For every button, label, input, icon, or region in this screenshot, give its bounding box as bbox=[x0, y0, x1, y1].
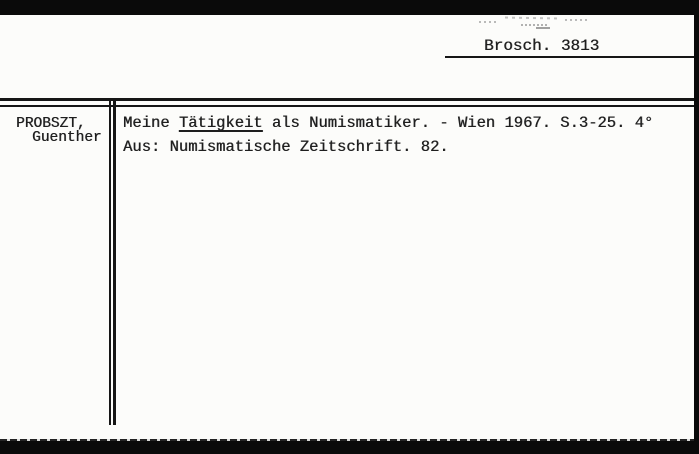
pencil-smudge bbox=[479, 21, 497, 23]
author-forename: Guenther bbox=[32, 131, 102, 146]
card-bottom-edge bbox=[0, 439, 694, 441]
pencil-smudge bbox=[536, 27, 550, 29]
pencil-smudge bbox=[521, 24, 547, 26]
title-prefix: Meine bbox=[123, 114, 179, 132]
shelfmark-label: Brosch. 3813 bbox=[484, 38, 599, 54]
pencil-smudge bbox=[565, 19, 587, 21]
header-rule-top bbox=[0, 98, 694, 101]
shelfmark-underline bbox=[445, 56, 694, 58]
column-divider-left bbox=[109, 100, 111, 425]
document-scan: Brosch. 3813 PROBSZT, Guenther Meine Tät… bbox=[0, 0, 699, 454]
title-line: Meine Tätigkeit als Numismatiker. - Wien… bbox=[123, 116, 653, 132]
title-suffix: als Numismatiker. - Wien 1967. S.3-25. 4… bbox=[263, 114, 654, 132]
header-rule-bottom bbox=[0, 105, 694, 107]
column-divider-right bbox=[113, 100, 116, 425]
source-note: Aus: Numismatische Zeitschrift. 82. bbox=[123, 140, 449, 156]
title-underlined-word: Tätigkeit bbox=[179, 114, 263, 132]
catalog-card bbox=[0, 15, 694, 441]
